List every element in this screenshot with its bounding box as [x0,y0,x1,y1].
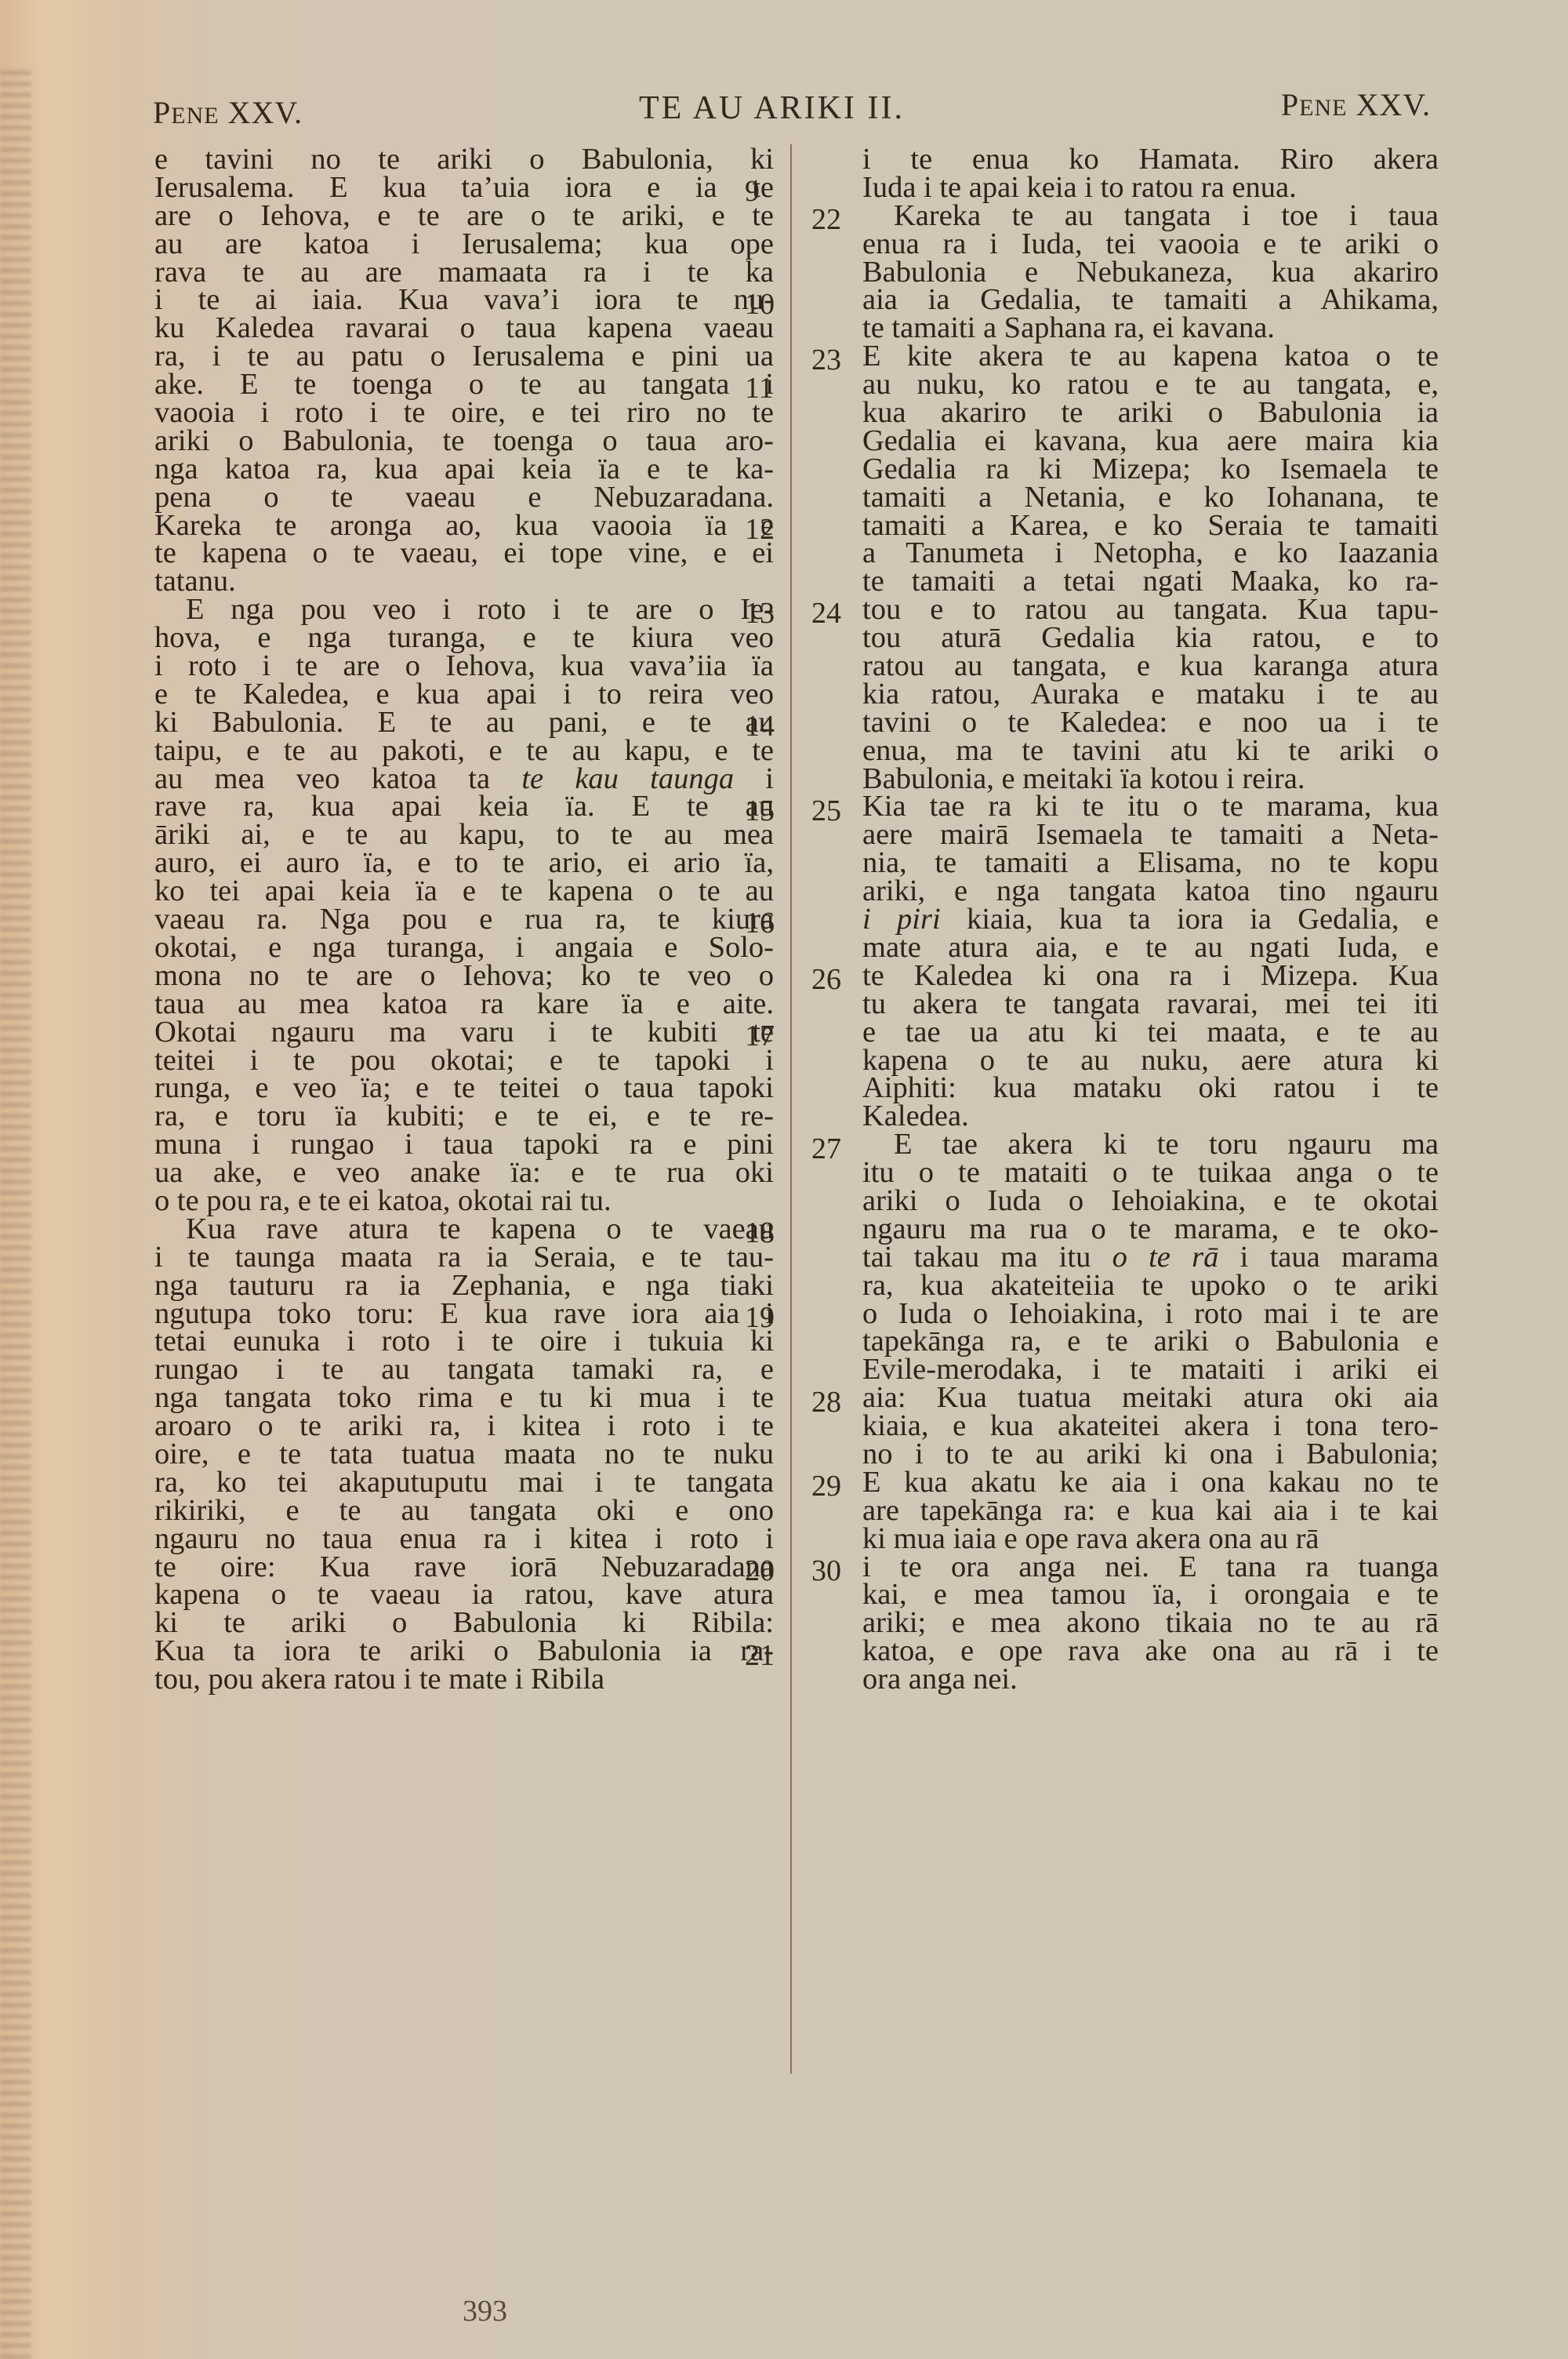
text-line: ki te ariki o Babulonia ki Ribila: [154,1609,774,1637]
text-line: are tapekānga ra: e kua kai aia i te kai [862,1497,1439,1525]
verse-number: 21 [745,1638,775,1673]
text-line: ratou au tangata, e kua karanga atura [862,652,1439,681]
text-line: aere mairā Isemaela te tamaiti a Neta- [862,821,1439,849]
text-line: Babulonia e Nebukaneza, kua akariro [862,259,1439,287]
text-line: tamaiti a Karea, e ko Seraia te tamaiti [862,512,1439,540]
verse-number: 9 [745,174,760,209]
text-line: enua, ma te tavini atu ki te ariki o [862,737,1439,765]
verse-number: 26 [811,962,841,997]
text-line: ora anga nei. [862,1666,1439,1694]
verse-number: 12 [745,512,775,547]
text-line: runga, e veo ïa; e te teitei o taua tapo… [154,1074,774,1103]
verse-number: 23 [811,343,841,377]
text-line: ra, e toru ïa kubiti; e te ei, e te re- [154,1103,774,1131]
verse-number: 24 [811,596,841,631]
text-line: ngauru no taua enua ra i kitea i roto i [154,1525,774,1554]
text-line: tetai eunuka i roto i te oire i tukuia k… [154,1328,774,1356]
text-line: tamaiti a Netania, e ko Iohanana, te [862,484,1439,512]
header-chapter-left: PENE XXV. [153,94,303,131]
text-line: hova, e nga turanga, e te kiura veo [154,624,774,652]
running-header: PENE XXV. TE AU ARIKI II. PENE XXV. [153,86,1431,133]
text-line: itu o te mataiti o te tuikaa anga o te [862,1159,1439,1187]
text-line: rikiriki, e te au tangata oki e ono [154,1497,774,1525]
text-line: ku Kaledea ravarai o taua kapena vaeau [154,314,774,343]
text-line: ra, ko tei akaputuputu mai i te tangata [154,1469,774,1497]
verse-number: 19 [745,1300,775,1335]
text-line: tu akera te tangata ravarai, mei tei iti [862,990,1439,1019]
text-line: Gedalia ei kavana, kua aere maira kia [862,427,1439,456]
text-line: te kapena o te vaeau, ei tope vine, e ei [154,540,774,568]
verse-number: 14 [745,709,775,743]
verse-number: 27 [811,1132,841,1166]
text-line: ua ake, e veo anake ïa: e te rua oki [154,1159,774,1187]
text-line: te tamaiti a Saphana ra, ei kavana. [862,314,1439,343]
verse-number: 10 [745,287,775,322]
text-line: are o Iehova, e te are o te ariki, e te [154,202,774,231]
text-line: o Iuda o Iehoiakina, i roto mai i te are [862,1300,1439,1329]
header-book-title: TE AU ARIKI II. [639,89,905,127]
text-line: okotai, e nga turanga, i angaia e Solo- [154,934,774,962]
text-line: i te taunga maata ra ia Seraia, e te tau… [154,1244,774,1272]
text-line: ariki o Babulonia, te toenga o taua aro- [154,427,774,456]
text-line: aia ia Gedalia, te tamaiti a Ahikama, [862,286,1439,314]
text-line: vaeau ra. Nga pou e rua ra, te kiura [154,906,774,934]
text-line: tou aturā Gedalia kia ratou, e to [862,624,1439,652]
text-line: tou, pou akera ratou i te mate i Ribila [154,1666,774,1694]
verse-number: 16 [745,906,775,940]
text-line: ra, kua akateiteiia te upoko o te ariki [862,1272,1439,1300]
text-line: no i to te au ariki ki ona i Babulonia; [862,1441,1439,1469]
text-line: E nga pou veo i roto i te are o Ie- [154,596,774,624]
text-line: tatanu. [154,568,774,596]
text-line: pena o te vaeau e Nebuzaradana. [154,484,774,512]
text-line: E tae akera ki te toru ngauru ma [862,1131,1439,1159]
text-line: ki mua iaia e ope rava akera ona au rā [862,1525,1439,1554]
text-line: aroaro o te ariki ra, i kitea i roto i t… [154,1412,774,1441]
text-line: tai takau ma itu o te rā i taua marama [862,1244,1439,1272]
verse-number: 11 [745,371,774,405]
text-line: kapena o te au nuku, aere atura ki [862,1047,1439,1075]
text-line: E kua akatu ke aia i ona kakau no te [862,1469,1439,1497]
text-line: Kareka te au tangata i toe i taua [862,202,1439,231]
text-line: Kareka te aronga ao, kua vaooia ïa e [154,512,774,540]
verse-number: 29 [811,1469,841,1503]
text-line: ra, i te au patu o Ierusalema e pini ua [154,343,774,371]
text-line: Okotai ngauru ma varu i te kubiti te [154,1019,774,1047]
text-line: āriki ai, e te au kapu, to te au mea [154,821,774,849]
verse-number: 17 [745,1019,775,1053]
text-line: E kite akera te au kapena katoa o te [862,343,1439,371]
text-line: Kaledea. [862,1103,1439,1131]
right-text-column: i te enua ko Hamata. Riro akeraIuda i te… [862,146,1439,1694]
verse-number: 15 [745,794,775,828]
page-number: 393 [463,2294,507,2328]
text-line: muna i rungao i taua tapoki ra e pini [154,1131,774,1159]
left-text-column: e tavini no te ariki o Babulonia, kiIeru… [154,146,774,1694]
text-line: ki Babulonia. E te au pani, e te au [154,709,774,737]
text-line: au nuku, ko ratou e te au tangata, e, [862,371,1439,399]
verse-number: 22 [811,202,841,237]
text-line: o te pou ra, e te ei katoa, okotai rai t… [154,1187,774,1216]
text-line: Gedalia ra ki Mizepa; ko Isemaela te [862,456,1439,484]
text-line: te Kaledea ki ona ra i Mizepa. Kua [862,962,1439,990]
text-line: rave ra, kua apai keia ïa. E te au [154,793,774,821]
text-line: Kia tae ra ki te itu o te marama, kua [862,793,1439,821]
column-divider [790,144,792,2074]
text-line: au are katoa i Ierusalema; kua ope [154,231,774,259]
text-line: te oire: Kua rave iorā Nebuzaradana [154,1554,774,1582]
text-line: nga tangata toko rima e tu ki mua i te [154,1384,774,1412]
text-line: mate atura aia, e te au ngati Iuda, e [862,934,1439,962]
text-line: i piri kiaia, kua ta iora ia Gedalia, e [862,906,1439,934]
text-line: mona no te are o Iehova; ko te veo o [154,962,774,990]
text-line: tou e to ratou au tangata. Kua tapu- [862,596,1439,624]
text-line: auro, ei auro ïa, e to te ario, ei ario … [154,849,774,878]
text-line: Evile-merodaka, i te mataiti i ariki ei [862,1356,1439,1384]
text-line: kiaia, e kua akateitei akera i tona tero… [862,1412,1439,1441]
text-line: Kua rave atura te kapena o te vaeau [154,1216,774,1244]
text-line: ko tei apai keia ïa e te kapena o te au [154,878,774,906]
text-line: tavini o te Kaledea: e noo ua i te [862,709,1439,737]
text-line: Kua ta iora te ariki o Babulonia ia ra- [154,1637,774,1666]
text-line: katoa, e ope rava ake ona au rā i te [862,1637,1439,1666]
verse-number: 28 [811,1385,841,1419]
text-line: Ierusalema. E kua ta’uia iora e ia te [154,174,774,202]
text-line: e tavini no te ariki o Babulonia, ki [154,146,774,174]
text-line: Babulonia, e meitaki ïa kotou i reira. [862,765,1439,794]
header-chapter-right: PENE XXV. [1281,86,1431,123]
text-line: nga katoa ra, kua apai keia ïa e te ka- [154,456,774,484]
text-line: e te Kaledea, e kua apai i to reira veo [154,681,774,709]
text-line: taua au mea katoa ra kare ïa e aite. [154,990,774,1019]
text-line: rava te au are mamaata ra i te ka [154,259,774,287]
text-line: i te enua ko Hamata. Riro akera [862,146,1439,174]
text-line: Aiphiti: kua mataku oki ratou i te [862,1074,1439,1103]
text-line: nia, te tamaiti a Elisama, no te kopu [862,849,1439,878]
text-line: au mea veo katoa ta te kau taunga i [154,765,774,794]
text-line: a Tanumeta i Netopha, e ko Iaazania [862,540,1439,568]
verse-number: 13 [745,596,775,631]
adjacent-page-edge [0,71,31,2359]
text-line: ariki; e mea akono tikaia no te au rā [862,1609,1439,1637]
verse-number: 20 [745,1554,775,1588]
text-line: kai, e mea tamou ïa, i orongaia e te [862,1581,1439,1609]
text-line: ngutupa toko toru: E kua rave iora aia i [154,1300,774,1329]
text-line: nga tauturu ra ia Zephania, e nga tiaki [154,1272,774,1300]
text-line: taipu, e te au pakoti, e te au kapu, e t… [154,737,774,765]
text-line: ariki o Iuda o Iehoiakina, e te okotai [862,1187,1439,1216]
text-line: ariki, e nga tangata katoa tino ngauru [862,878,1439,906]
text-line: i roto i te are o Iehova, kua vava’iia ï… [154,652,774,681]
text-line: i te ai iaia. Kua vava’i iora te nu- [154,286,774,314]
text-line: oire, e te tata tuatua maata no te nuku [154,1441,774,1469]
verse-number: 30 [811,1554,841,1588]
text-line: teitei i te pou okotai; e te tapoki i [154,1047,774,1075]
text-line: ngauru ma rua o te marama, e te oko- [862,1216,1439,1244]
text-line: kapena o te vaeau ia ratou, kave atura [154,1581,774,1609]
text-line: kua akariro te ariki o Babulonia ia [862,399,1439,427]
text-line: Iuda i te apai keia i to ratou ra enua. [862,174,1439,202]
text-line: i te ora anga nei. E tana ra tuanga [862,1554,1439,1582]
text-line: vaooia i roto i te oire, e tei riro no t… [154,399,774,427]
text-line: rungao i te au tangata tamaki ra, e [154,1356,774,1384]
text-line: te tamaiti a tetai ngati Maaka, ko ra- [862,568,1439,596]
text-line: enua ra i Iuda, tei vaooia e te ariki o [862,231,1439,259]
text-line: tapekānga ra, e te ariki o Babulonia e [862,1328,1439,1356]
text-line: kia ratou, Auraka e mataku i te au [862,681,1439,709]
text-line: e tae ua atu ki tei maata, e te au [862,1019,1439,1047]
text-line: ake. E te toenga o te au tangata i [154,371,774,399]
verse-number: 25 [811,794,841,828]
verse-number: 18 [745,1216,775,1250]
text-line: aia: Kua tuatua meitaki atura oki aia [862,1384,1439,1412]
